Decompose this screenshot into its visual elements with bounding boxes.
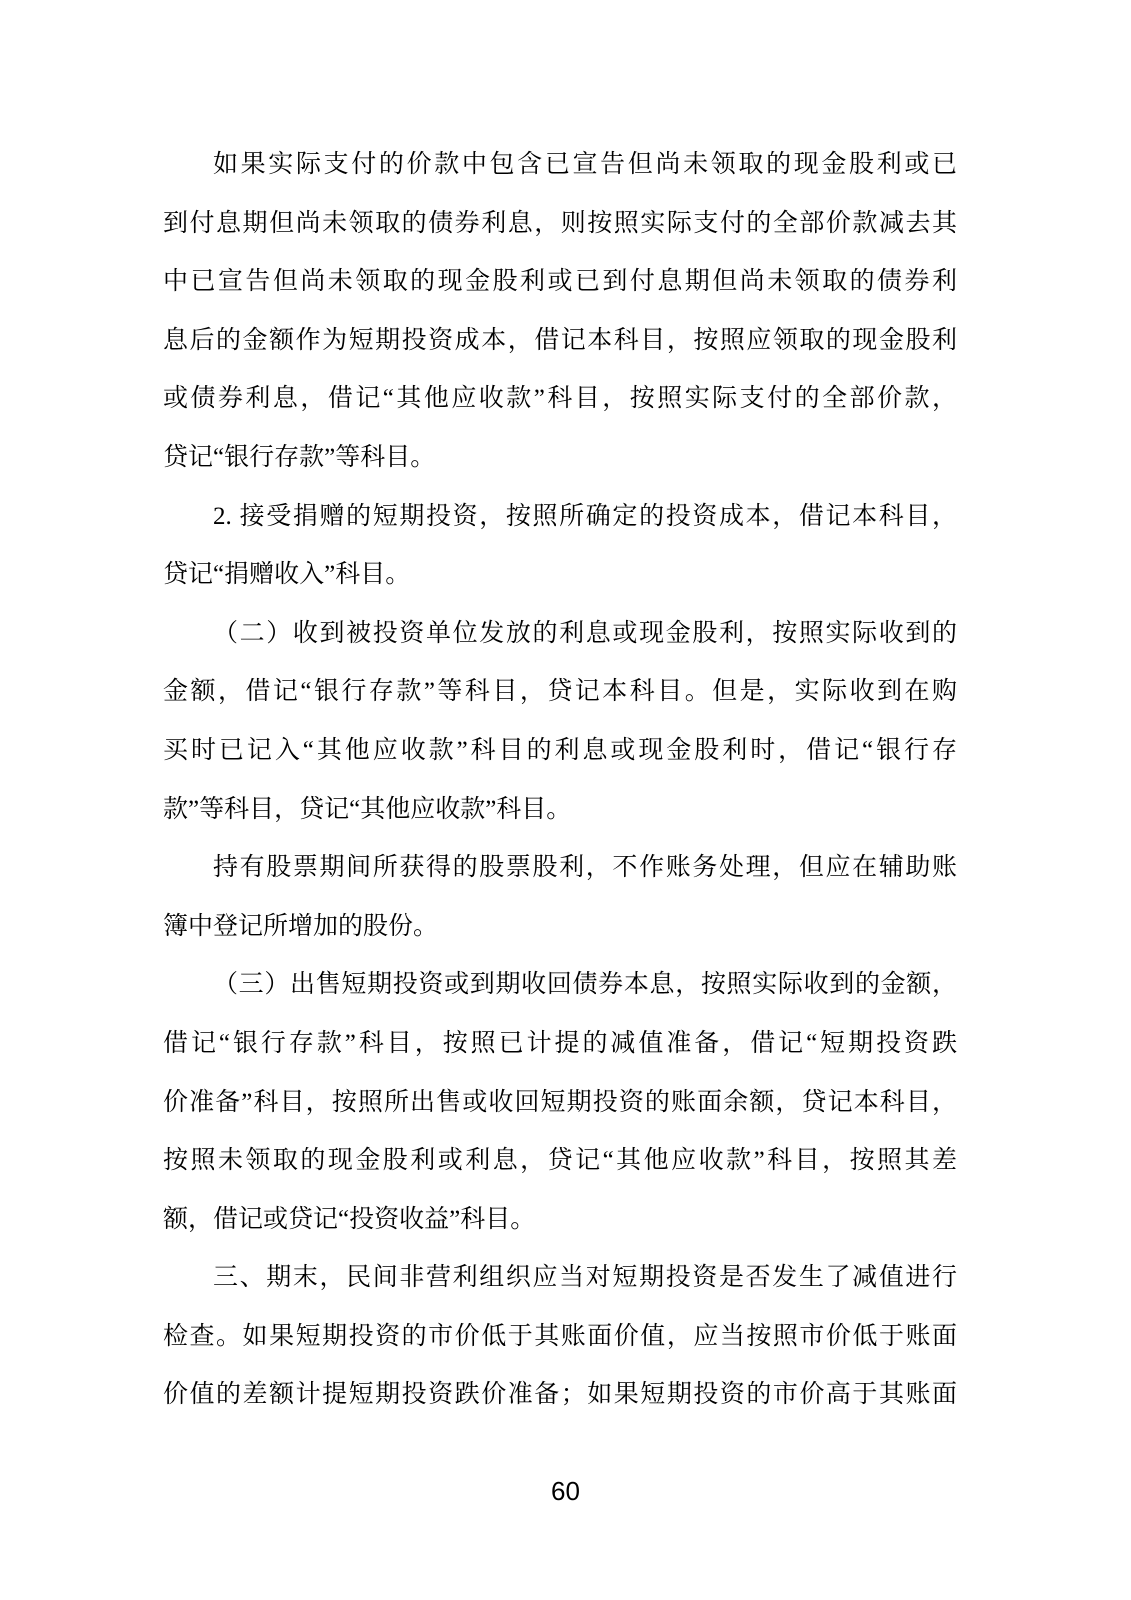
text-line: 买时已记入“其他应收款”科目的利息或现金股利时，借记“银行存 [163,722,957,781]
text-line: 或债券利息，借记“其他应收款”科目，按照实际支付的全部价款， [163,370,957,429]
text-line: （二）收到被投资单位发放的利息或现金股利，按照实际收到的 [163,605,957,664]
text-line: 价值的差额计提短期投资跌价准备；如果短期投资的市价高于其账面 [163,1366,957,1425]
text-line: 检查。如果短期投资的市价低于其账面价值，应当按照市价低于账面 [163,1308,957,1367]
text-line: 2. 接受捐赠的短期投资，按照所确定的投资成本，借记本科目， [163,488,957,547]
page-number: 60 [0,1476,1131,1507]
text-line: （三）出售短期投资或到期收回债券本息，按照实际收到的金额， [163,956,957,1015]
text-line: 到付息期但尚未领取的债券利息，则按照实际支付的全部价款减去其 [163,195,957,254]
text-line: 价准备”科目，按照所出售或收回短期投资的账面余额，贷记本科目， [163,1074,957,1133]
text-line: 簿中登记所增加的股份。 [163,898,957,957]
text-line: 借记“银行存款”科目，按照已计提的减值准备，借记“短期投资跌 [163,1015,957,1074]
body-text: 如果实际支付的价款中包含已宣告但尚未领取的现金股利或已到付息期但尚未领取的债券利… [163,136,957,1425]
text-line: 额，借记或贷记“投资收益”科目。 [163,1191,957,1250]
text-line: 中已宣告但尚未领取的现金股利或已到付息期但尚未领取的债券利 [163,253,957,312]
text-line: 贷记“银行存款”等科目。 [163,429,957,488]
text-line: 贷记“捐赠收入”科目。 [163,546,957,605]
text-line: 持有股票期间所获得的股票股利，不作账务处理，但应在辅助账 [163,839,957,898]
text-line: 按照未领取的现金股利或利息，贷记“其他应收款”科目，按照其差 [163,1132,957,1191]
text-line: 金额，借记“银行存款”等科目，贷记本科目。但是，实际收到在购 [163,663,957,722]
text-line: 款”等科目，贷记“其他应收款”科目。 [163,781,957,840]
text-line: 如果实际支付的价款中包含已宣告但尚未领取的现金股利或已 [163,136,957,195]
text-line: 息后的金额作为短期投资成本，借记本科目，按照应领取的现金股利 [163,312,957,371]
document-page: 如果实际支付的价款中包含已宣告但尚未领取的现金股利或已到付息期但尚未领取的债券利… [0,0,1131,1600]
text-line: 三、期末，民间非营利组织应当对短期投资是否发生了减值进行 [163,1249,957,1308]
